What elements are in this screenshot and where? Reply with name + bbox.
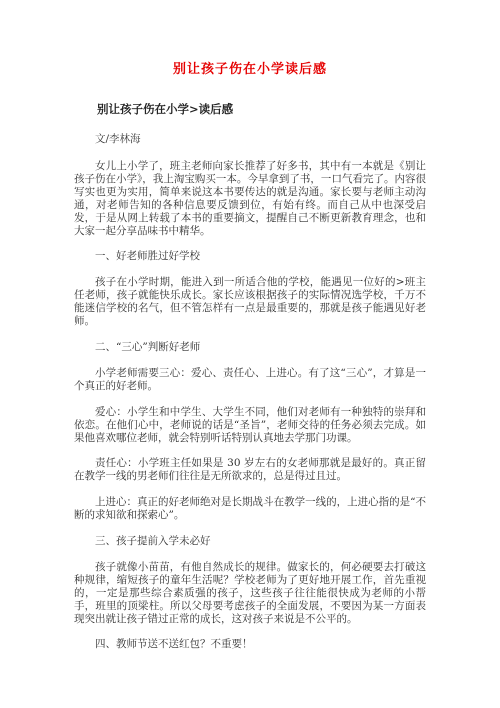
body-paragraph: 上进心：真正的好老师绝对是长期战斗在教学一线的，上进心指的是“不断的求知欲和探索… bbox=[74, 496, 426, 522]
section-heading: 二、“三心”判断好老师 bbox=[74, 341, 426, 354]
section-heading: 一、好老师胜过好学校 bbox=[74, 250, 426, 263]
section-heading: 三、孩子提前入学未必好 bbox=[74, 535, 426, 548]
document-page: 别让孩子伤在小学读后感 别让孩子伤在小学>读后感 文/李林海 女儿上小学了，班主… bbox=[0, 0, 500, 708]
body-paragraph: 孩子就像小苗苗，有他自然成长的规律。做家长的，何必硬要去打破这种规律，缩短孩子的… bbox=[74, 561, 426, 626]
doc-byline: 文/李林海 bbox=[74, 131, 426, 146]
doc-subtitle: 别让孩子伤在小学>读后感 bbox=[74, 101, 426, 117]
body-paragraph: 责任心：小学班主任如果是 30 岁左右的女老师那就是最好的。真正留在教学一线的男… bbox=[74, 457, 426, 483]
body-paragraph: 爱心：小学生和中学生、大学生不同，他们对老师有一种独特的崇拜和依恋。在他们心中，… bbox=[74, 406, 426, 445]
body-paragraph: 小学老师需要三心：爱心、责任心、上进心。有了这“三心”，才算是一个真正的好老师。 bbox=[74, 367, 426, 393]
body-paragraph: 女儿上小学了，班主老师向家长推荐了好多书，其中有一本就是《别让孩子伤在小学》，我… bbox=[74, 160, 426, 237]
page-title: 别让孩子伤在小学读后感 bbox=[74, 58, 426, 77]
section-heading: 四、教师节送不送红包？不重要！ bbox=[74, 638, 426, 651]
body-paragraph: 孩子在小学时期，能进入到一所适合他的学校，能遇见一位好的>班主任老师，孩子就能快… bbox=[74, 276, 426, 328]
